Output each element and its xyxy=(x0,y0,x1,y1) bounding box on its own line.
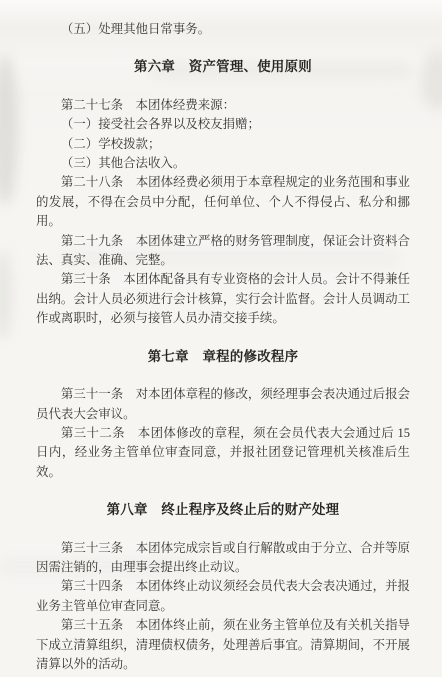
chapter-6-heading: 第六章 资产管理、使用原则 xyxy=(36,57,410,76)
chapter-8-heading: 第八章 终止程序及终止后的财产处理 xyxy=(36,500,410,519)
article-35: 第三十五条 本团体终止前，须在业务主管单位及有关机关指导下成立清算组织，清理债权… xyxy=(36,616,410,674)
article-28: 第二十八条 本团体经费必须用于本章程规定的业务范围和事业的发展，不得在会员中分配… xyxy=(36,173,410,231)
article-30: 第三十条 本团体配备具有专业资格的会计人员。会计不得兼任出纳。会计人员必须进行会… xyxy=(36,270,410,328)
article-32: 第三十二条 本团体修改的章程，须在会员代表大会通过后 15 日内，经业务主管单位… xyxy=(36,424,410,482)
scan-smudge xyxy=(422,50,442,110)
article-27-subitem-1: （一）接受社会各界以及校友捐赠； xyxy=(36,115,410,134)
article-27-subitem-2: （二）学校拨款； xyxy=(36,135,410,154)
article-27: 第二十七条 本团体经费来源： xyxy=(36,96,410,115)
scan-smudge xyxy=(0,55,18,205)
chapter-7-heading: 第七章 章程的修改程序 xyxy=(36,347,410,366)
list-item-5: （五）处理其他日常事务。 xyxy=(36,20,410,39)
article-27-subitem-3: （三）其他合法收入。 xyxy=(36,154,410,173)
article-34: 第三十四条 本团体终止动议须经会员代表大会表决通过，并报业务主管单位审查同意。 xyxy=(36,577,410,616)
article-31: 第三十一条 对本团体章程的修改，须经理事会表决通过后报会员代表大会审议。 xyxy=(36,385,410,424)
scan-smudge xyxy=(0,250,12,340)
article-29: 第二十九条 本团体建立严格的财务管理制度，保证会计资料合法、真实、准确、完整。 xyxy=(36,232,410,271)
document-body: （五）处理其他日常事务。 第六章 资产管理、使用原则 第二十七条 本团体经费来源… xyxy=(36,20,410,674)
document-page: （五）处理其他日常事务。 第六章 资产管理、使用原则 第二十七条 本团体经费来源… xyxy=(0,0,442,677)
article-33: 第三十三条 本团体完成宗旨或自行解散或由于分立、合并等原因需注销的，由理事会提出… xyxy=(36,539,410,578)
